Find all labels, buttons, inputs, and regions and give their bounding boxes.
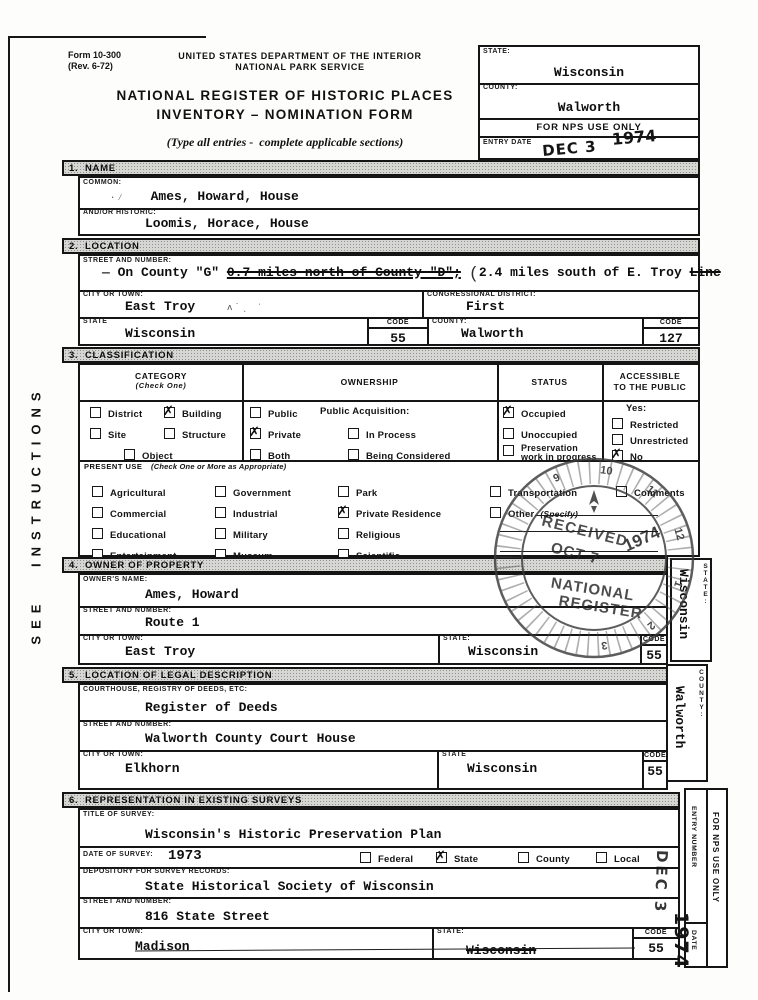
checkbox-building[interactable]: Building — [164, 406, 222, 420]
accessible-header-line2: TO THE PUBLIC — [602, 382, 698, 393]
state-code-label: CODE — [369, 317, 427, 329]
religious-checkbox[interactable] — [338, 528, 349, 539]
government-checkbox[interactable] — [215, 486, 226, 497]
industrial-checkbox[interactable] — [215, 507, 226, 518]
both-label: Both — [268, 451, 290, 462]
survey-city-value: Madison — [135, 939, 190, 954]
street-label: STREET AND NUMBER: — [83, 257, 171, 264]
survey-state-cell: STATE: Wisconsin — [432, 927, 632, 958]
sidebar-county-label: COUNTY: — [698, 669, 705, 718]
structure-label: Structure — [182, 430, 226, 441]
county-code-cell: CODE 127 — [642, 317, 698, 344]
military-checkbox[interactable] — [215, 528, 226, 539]
checkbox-in-process[interactable]: In Process — [348, 427, 416, 441]
survey-street-label: STREET AND NUMBER: — [83, 898, 171, 905]
header-county-label: COUNTY: — [483, 84, 518, 91]
survey-city-label: CITY OR TOWN: — [83, 928, 143, 935]
city-scribble-mark: ʌ˙ˎ ˈ — [227, 303, 264, 313]
depository-row: DEPOSITORY FOR SURVEY RECORDS: State His… — [80, 867, 678, 899]
checkbox-being-considered[interactable]: Being Considered — [348, 448, 451, 462]
checkbox-district[interactable]: District — [90, 406, 142, 420]
legal-code-cell: CODE 55 — [642, 750, 666, 788]
survey-title-value: Wisconsin's Historic Preservation Plan — [145, 827, 441, 842]
divider — [706, 790, 708, 966]
owner-state-label: STATE: — [443, 635, 470, 642]
agency-line1: UNITED STATES DEPARTMENT OF THE INTERIOR — [130, 51, 470, 62]
present-use-label: PRESENT USE — [84, 462, 142, 471]
legal-city-value: Elkhorn — [125, 761, 180, 776]
section3-bar: 3. CLASSIFICATION — [62, 347, 700, 363]
restricted-checkbox[interactable] — [612, 418, 623, 429]
section6-bar: 6. REPRESENTATION IN EXISTING SURVEYS — [62, 792, 680, 808]
scan-edge-top — [8, 36, 206, 38]
legal-street-value: Walworth County Court House — [145, 731, 356, 746]
accessible-header-line1: ACCESSIBLE — [602, 371, 698, 382]
checkbox-educational[interactable]: Educational — [92, 527, 166, 541]
checkbox-industrial[interactable]: Industrial — [215, 506, 278, 520]
federal-label: Federal — [378, 854, 413, 865]
header-state-label: STATE: — [483, 48, 510, 55]
scan-edge-left — [8, 36, 10, 992]
checkbox-federal[interactable]: Federal — [360, 851, 413, 865]
survey-state-value: Wisconsin — [466, 943, 536, 958]
occupied-checkbox[interactable] — [503, 407, 514, 418]
commercial-label: Commercial — [110, 509, 166, 520]
survey-title-row: TITLE OF SURVEY: Wisconsin's Historic Pr… — [80, 810, 678, 848]
section2-bar: 2. LOCATION — [62, 238, 700, 254]
public-acquisition-label: Public Acquisition: — [320, 406, 409, 417]
occupied-label: Occupied — [521, 409, 566, 420]
header-county-row: COUNTY: Walworth — [480, 83, 698, 120]
checkbox-local-survey[interactable]: Local — [596, 851, 640, 865]
survey-state-label: STATE: — [437, 928, 464, 935]
industrial-label: Industrial — [233, 509, 278, 520]
educational-checkbox[interactable] — [92, 528, 103, 539]
street-row: STREET AND NUMBER: — On County "G" 0.7 m… — [80, 256, 698, 292]
street-value-part2: 2.4 miles south of E. Troy — [479, 265, 682, 280]
section6-box: TITLE OF SURVEY: Wisconsin's Historic Pr… — [78, 808, 680, 960]
survey-title-label: TITLE OF SURVEY: — [83, 811, 155, 818]
category-header-text: CATEGORY — [80, 371, 242, 381]
religious-label: Religious — [356, 530, 401, 541]
dial-number: 10 — [600, 464, 614, 478]
agricultural-label: Agricultural — [110, 488, 166, 499]
agency-line2: NATIONAL PARK SERVICE — [130, 62, 470, 73]
see-instructions-note: SEE INSTRUCTIONS — [29, 385, 44, 644]
park-label: Park — [356, 488, 377, 499]
city-cell: CITY OR TOWN: East Troy ʌ˙ˎ ˈ — [80, 290, 422, 317]
depository-label: DEPOSITORY FOR SURVEY RECORDS: — [83, 868, 230, 875]
legal-code-label: CODE — [644, 750, 666, 762]
site-label: Site — [108, 430, 126, 441]
congressional-district-value: First — [466, 299, 505, 314]
category-header: CATEGORY (Check One) — [80, 371, 242, 390]
unrestricted-checkbox[interactable] — [612, 434, 623, 445]
sidebar-county-box: COUNTY: Walworth — [666, 664, 708, 782]
received-stamp: 9 10 11 12 1 2 3 RECEIVED OCT 7 1974 NAT… — [488, 452, 700, 664]
state-county-row: STATE Wisconsin CODE 55 COUNTY: Walworth… — [80, 317, 698, 344]
checkbox-unrestricted[interactable]: Unrestricted — [612, 433, 688, 447]
state-cell: STATE Wisconsin — [80, 317, 367, 344]
type-instructions: (Type all entries - complete applicable … — [95, 135, 475, 150]
owner-city-value: East Troy — [125, 644, 195, 659]
sidebar-nps-label: FOR NPS USE ONLY — [711, 812, 720, 903]
park-checkbox[interactable] — [338, 486, 349, 497]
owner-street-value: Route 1 — [145, 615, 200, 630]
checkbox-both[interactable]: Both — [250, 448, 290, 462]
status-header: STATUS — [497, 377, 602, 387]
unoccupied-label: Unoccupied — [521, 430, 577, 441]
survey-date-value: 1973 — [168, 848, 202, 864]
county-survey-checkbox[interactable] — [518, 852, 529, 863]
local-survey-label: Local — [614, 854, 640, 865]
present-use-label-line: PRESENT USE (Check One or More as Approp… — [84, 462, 286, 471]
present-use-note: (Check One or More as Appropriate) — [151, 462, 286, 471]
dial-number: 12 — [671, 527, 686, 542]
sidebar-state-label: STATE: — [702, 563, 709, 605]
form-number-block: Form 10-300 (Rev. 6-72) — [68, 50, 121, 72]
depository-value: State Historical Society of Wisconsin — [145, 879, 434, 894]
legal-state-cell: STATE Wisconsin — [437, 750, 642, 788]
ownership-header: OWNERSHIP — [242, 377, 497, 387]
checkbox-occupied[interactable]: Occupied — [503, 406, 566, 420]
public-label: Public — [268, 409, 298, 420]
county-label: COUNTY: — [432, 318, 467, 325]
header-county-value: Walworth — [480, 100, 698, 115]
structure-checkbox[interactable] — [164, 428, 175, 439]
scanned-form-page: Form 10-300 (Rev. 6-72) UNITED STATES DE… — [0, 0, 758, 1000]
state-value: Wisconsin — [125, 326, 195, 341]
both-checkbox[interactable] — [250, 449, 261, 460]
commercial-checkbox[interactable] — [92, 507, 103, 518]
state-code-value: 55 — [369, 331, 427, 346]
handwritten-mark: ·∕ — [110, 193, 125, 203]
street-value-struck2: Line — [690, 265, 721, 280]
unrestricted-label: Unrestricted — [630, 436, 688, 447]
city-district-row: CITY OR TOWN: East Troy ʌ˙ˎ ˈ CONGRESSIO… — [80, 290, 698, 319]
entry-date-label: ENTRY DATE — [483, 139, 532, 146]
historic-name-label: AND/OR HISTORIC: — [83, 209, 156, 216]
street-dash-mark: — — [102, 265, 110, 280]
owner-street-label: STREET AND NUMBER: — [83, 607, 171, 614]
sidebar-county-value: Walworth — [672, 686, 687, 748]
section5-box: COURTHOUSE, REGISTRY OF DEEDS, ETC: Regi… — [78, 683, 668, 790]
dial-number: 11 — [644, 483, 661, 500]
checkbox-commercial[interactable]: Commercial — [92, 506, 166, 520]
state-code-cell: CODE 55 — [367, 317, 427, 344]
form-title-block: NATIONAL REGISTER OF HISTORIC PLACES INV… — [95, 86, 475, 124]
section5-bar: 5. LOCATION OF LEGAL DESCRIPTION — [62, 667, 668, 683]
government-label: Government — [233, 488, 291, 499]
legal-state-value: Wisconsin — [467, 761, 537, 776]
form-title-line1: NATIONAL REGISTER OF HISTORIC PLACES — [95, 86, 475, 105]
checkbox-object[interactable]: Object — [124, 448, 173, 462]
object-label: Object — [142, 451, 173, 462]
military-label: Military — [233, 530, 268, 541]
street-paren-mark: ( — [469, 265, 479, 284]
courthouse-row: COURTHOUSE, REGISTRY OF DEEDS, ETC: Regi… — [80, 685, 666, 722]
checkbox-private[interactable]: Private — [250, 427, 301, 441]
agency-block: UNITED STATES DEPARTMENT OF THE INTERIOR… — [130, 51, 470, 73]
state-label: STATE — [83, 318, 107, 325]
street-value-part1: On County "G" — [118, 265, 219, 280]
survey-city-row: CITY OR TOWN: Madison STATE: Wisconsin C… — [80, 927, 678, 958]
district-label: District — [108, 409, 142, 420]
legal-city-label: CITY OR TOWN: — [83, 751, 143, 758]
header-state-value: Wisconsin — [480, 65, 698, 80]
checkbox-county-survey[interactable]: County — [518, 851, 570, 865]
common-name-label: COMMON: — [83, 179, 122, 186]
federal-checkbox[interactable] — [360, 852, 371, 863]
courthouse-label: COURTHOUSE, REGISTRY OF DEEDS, ETC: — [83, 686, 248, 693]
common-name-row: COMMON: ·∕ Ames, Howard, House — [80, 178, 698, 210]
section1-box: COMMON: ·∕ Ames, Howard, House AND/OR HI… — [78, 176, 700, 236]
building-checkbox[interactable] — [164, 407, 175, 418]
object-checkbox[interactable] — [124, 449, 135, 460]
owner-name-value: Ames, Howard — [145, 587, 239, 602]
sidebar-entry-stamp-year: 1974 — [670, 912, 692, 969]
county-code-value: 127 — [644, 331, 698, 346]
entry-date-stamp-year: 1974 — [611, 126, 657, 149]
private-residence-label: Private Residence — [356, 509, 441, 520]
legal-street-row: STREET AND NUMBER: Walworth County Court… — [80, 720, 666, 752]
received-date: OCT 7 — [549, 539, 601, 567]
accessible-yes-label: Yes: — [626, 403, 646, 414]
received-year: 1974 — [621, 522, 664, 555]
county-survey-label: County — [536, 854, 570, 865]
agricultural-checkbox[interactable] — [92, 486, 103, 497]
checkbox-military[interactable]: Military — [215, 527, 268, 541]
survey-street-value: 816 State Street — [145, 909, 270, 924]
checkbox-site[interactable]: Site — [90, 427, 126, 441]
legal-state-label: STATE — [442, 751, 466, 758]
state-survey-label: State — [454, 854, 478, 865]
county-value: Walworth — [461, 326, 523, 341]
legal-code-value: 55 — [644, 764, 666, 779]
category-header-note: (Check One) — [80, 381, 242, 390]
dial-number: 3 — [601, 639, 609, 652]
classification-header-band: CATEGORY (Check One) OWNERSHIP STATUS AC… — [80, 365, 698, 402]
being-considered-checkbox[interactable] — [348, 449, 359, 460]
county-cell: COUNTY: Walworth — [427, 317, 642, 344]
in-process-label: In Process — [366, 430, 416, 441]
site-checkbox[interactable] — [90, 428, 101, 439]
checkbox-unoccupied[interactable]: Unoccupied — [503, 427, 577, 441]
checkbox-public[interactable]: Public — [250, 406, 298, 420]
form-number: Form 10-300 — [68, 50, 121, 61]
checkbox-religious[interactable]: Religious — [338, 527, 401, 541]
checkbox-agricultural[interactable]: Agricultural — [92, 485, 166, 499]
courthouse-value: Register of Deeds — [145, 700, 278, 715]
section2-box: STREET AND NUMBER: — On County "G" 0.7 m… — [78, 254, 700, 346]
state-survey-checkbox[interactable] — [436, 852, 447, 863]
survey-date-row: DATE OF SURVEY: 1973 Federal State Count… — [80, 846, 678, 869]
building-label: Building — [182, 409, 222, 420]
sidebar-entry-stamp-day: DEC 3 — [651, 850, 671, 915]
unoccupied-checkbox[interactable] — [503, 428, 514, 439]
plane-icon — [589, 490, 599, 513]
checkbox-private-residence[interactable]: Private Residence — [338, 506, 441, 520]
nps-use-only-band: FOR NPS USE ONLY — [480, 118, 698, 138]
checkbox-park[interactable]: Park — [338, 485, 377, 499]
historic-name-row: AND/OR HISTORIC: Loomis, Horace, House — [80, 208, 698, 234]
accessible-header: ACCESSIBLE TO THE PUBLIC — [602, 371, 698, 393]
congressional-district-label: CONGRESSIONAL DISTRICT: — [427, 291, 536, 298]
checkbox-restricted[interactable]: Restricted — [612, 417, 678, 431]
survey-date-label: DATE OF SURVEY: — [83, 851, 153, 858]
owner-city-label: CITY OR TOWN: — [83, 635, 143, 642]
legal-city-cell: CITY OR TOWN: Elkhorn — [80, 750, 437, 788]
local-survey-checkbox[interactable] — [596, 852, 607, 863]
checkbox-structure[interactable]: Structure — [164, 427, 226, 441]
checkbox-state-survey[interactable]: State — [436, 851, 478, 865]
congressional-district-cell: CONGRESSIONAL DISTRICT: First — [422, 290, 698, 317]
in-process-checkbox[interactable] — [348, 428, 359, 439]
legal-city-row: CITY OR TOWN: Elkhorn STATE Wisconsin CO… — [80, 750, 666, 788]
section1-bar: 1. NAME — [62, 160, 700, 176]
private-residence-checkbox[interactable] — [338, 507, 349, 518]
county-code-label: CODE — [644, 317, 698, 329]
legal-street-label: STREET AND NUMBER: — [83, 721, 171, 728]
form-title-line2: INVENTORY – NOMINATION FORM — [95, 105, 475, 124]
city-label: CITY OR TOWN: — [83, 291, 143, 298]
header-state-row: STATE: Wisconsin — [480, 47, 698, 85]
sidebar-entry-number-label: ENTRY NUMBER — [690, 806, 697, 868]
private-checkbox[interactable] — [250, 428, 261, 439]
private-label: Private — [268, 430, 301, 441]
survey-city-cell: CITY OR TOWN: Madison — [80, 927, 432, 958]
being-considered-label: Being Considered — [366, 451, 451, 462]
owner-city-cell: CITY OR TOWN: East Troy — [80, 634, 438, 663]
checkbox-government[interactable]: Government — [215, 485, 291, 499]
city-value: East Troy — [125, 299, 195, 314]
survey-street-row: STREET AND NUMBER: 816 State Street — [80, 897, 678, 929]
street-value-struck1: 0.7 miles north of County "D"; — [227, 265, 461, 280]
owner-name-label: OWNER'S NAME: — [83, 576, 148, 583]
restricted-label: Restricted — [630, 420, 678, 431]
public-checkbox[interactable] — [250, 407, 261, 418]
common-name-value: Ames, Howard, House — [151, 189, 299, 204]
educational-label: Educational — [110, 530, 166, 541]
historic-name-value: Loomis, Horace, House — [145, 216, 309, 231]
form-revision: (Rev. 6-72) — [68, 61, 121, 72]
district-checkbox[interactable] — [90, 407, 101, 418]
